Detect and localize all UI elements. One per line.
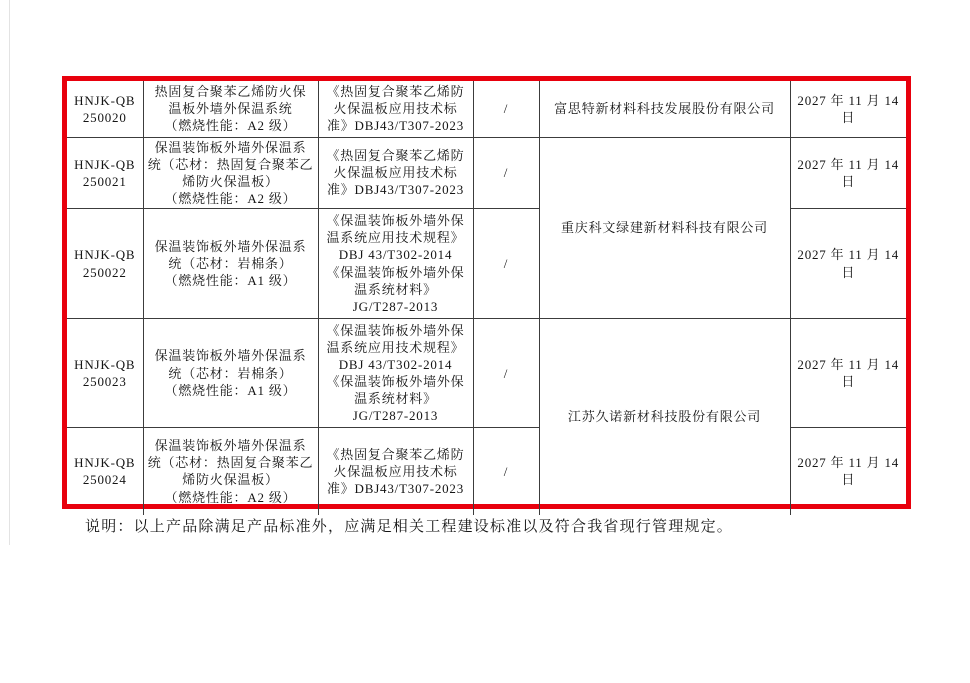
- slash-cell: /: [473, 209, 539, 319]
- note-text: 说明：以上产品除满足产品标准外，应满足相关工程建设标准以及符合我省现行管理规定。: [85, 515, 733, 536]
- slash-cell: /: [473, 428, 539, 515]
- company-cell: 江苏久诺新材科技股份有限公司: [539, 319, 790, 515]
- document-page: HNJK-QB 250020 热固复合聚苯乙烯防火保 温板外墙外保温系统 （燃烧…: [0, 0, 970, 683]
- cert-number-cell: HNJK-QB 250024: [67, 428, 143, 515]
- page-edge-line: [9, 0, 10, 545]
- product-name-cell: 保温装饰板外墙外保温系 统（芯材：岩棉条） （燃烧性能：A1 级）: [143, 319, 318, 428]
- cert-number-cell: HNJK-QB 250020: [67, 81, 143, 137]
- certificate-table: HNJK-QB 250020 热固复合聚苯乙烯防火保 温板外墙外保温系统 （燃烧…: [67, 81, 906, 515]
- date-cell: 2027 年 11 月 14 日: [790, 137, 906, 209]
- cert-number-cell: HNJK-QB 250021: [67, 137, 143, 209]
- standard-cell: 《保温装饰板外墙外保 温系统应用技术规程》 DBJ 43/T302-2014 《…: [318, 209, 473, 319]
- slash-cell: /: [473, 319, 539, 428]
- highlight-border: HNJK-QB 250020 热固复合聚苯乙烯防火保 温板外墙外保温系统 （燃烧…: [62, 76, 911, 509]
- product-name-cell: 保温装饰板外墙外保温系 统（芯材：岩棉条） （燃烧性能：A1 级）: [143, 209, 318, 319]
- date-cell: 2027 年 11 月 14 日: [790, 428, 906, 515]
- cert-number-cell: HNJK-QB 250023: [67, 319, 143, 428]
- table-row: HNJK-QB 250023 保温装饰板外墙外保温系 统（芯材：岩棉条） （燃烧…: [67, 319, 906, 428]
- company-cell: 重庆科文绿建新材料科技有限公司: [539, 137, 790, 319]
- cert-number-cell: HNJK-QB 250022: [67, 209, 143, 319]
- product-name-cell: 热固复合聚苯乙烯防火保 温板外墙外保温系统 （燃烧性能：A2 级）: [143, 81, 318, 137]
- standard-cell: 《热固复合聚苯乙烯防 火保温板应用技术标 准》DBJ43/T307-2023: [318, 81, 473, 137]
- date-cell: 2027 年 11 月 14 日: [790, 319, 906, 428]
- product-name-cell: 保温装饰板外墙外保温系 统（芯材：热固复合聚苯乙 烯防火保温板） （燃烧性能：A…: [143, 428, 318, 515]
- product-name-cell: 保温装饰板外墙外保温系 统（芯材：热固复合聚苯乙 烯防火保温板） （燃烧性能：A…: [143, 137, 318, 209]
- standard-cell: 《保温装饰板外墙外保 温系统应用技术规程》 DBJ 43/T302-2014 《…: [318, 319, 473, 428]
- standard-cell: 《热固复合聚苯乙烯防 火保温板应用技术标 准》DBJ43/T307-2023: [318, 428, 473, 515]
- date-cell: 2027 年 11 月 14 日: [790, 209, 906, 319]
- slash-cell: /: [473, 137, 539, 209]
- table-row: HNJK-QB 250021 保温装饰板外墙外保温系 统（芯材：热固复合聚苯乙 …: [67, 137, 906, 209]
- slash-cell: /: [473, 81, 539, 137]
- standard-cell: 《热固复合聚苯乙烯防 火保温板应用技术标 准》DBJ43/T307-2023: [318, 137, 473, 209]
- date-cell: 2027 年 11 月 14 日: [790, 81, 906, 137]
- company-cell: 富思特新材料科技发展股份有限公司: [539, 81, 790, 137]
- table-row: HNJK-QB 250020 热固复合聚苯乙烯防火保 温板外墙外保温系统 （燃烧…: [67, 81, 906, 137]
